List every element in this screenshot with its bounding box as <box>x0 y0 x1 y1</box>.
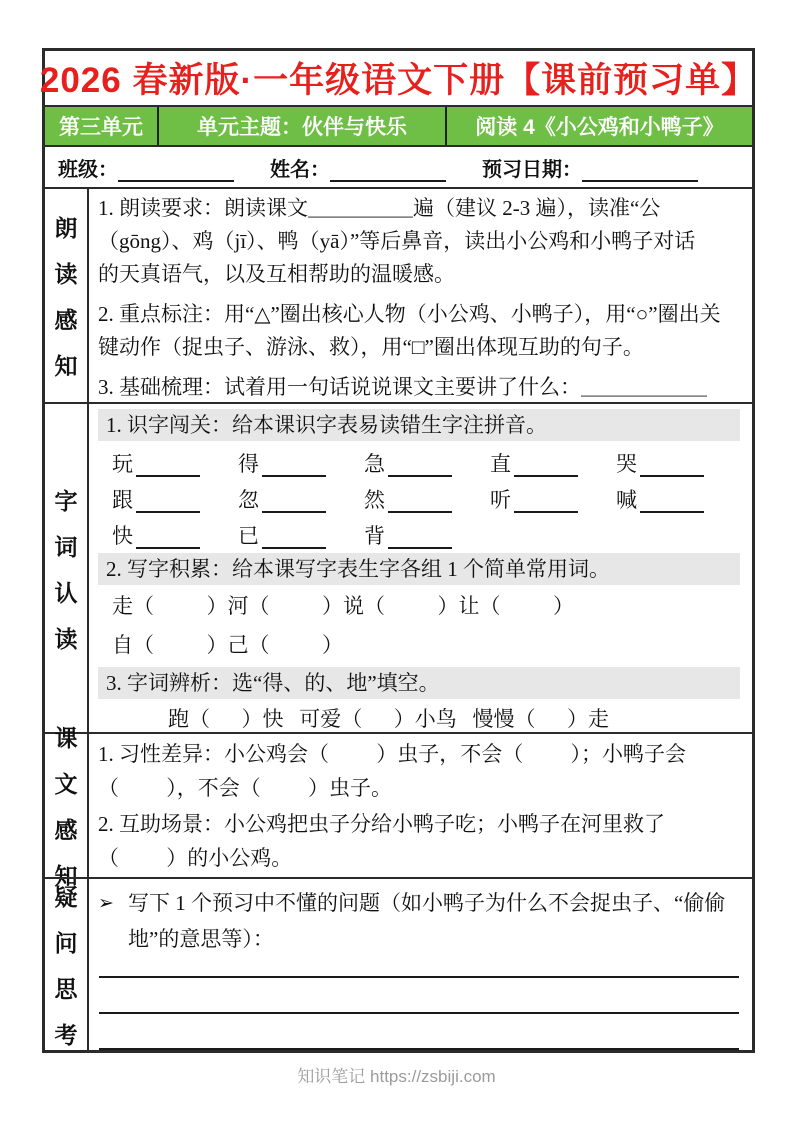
character: 直 <box>490 449 511 479</box>
pinyin-cell: 听 <box>490 479 616 515</box>
unit-number: 第三单元 <box>45 107 157 145</box>
pinyin-cell: 跟 <box>112 479 238 515</box>
text-item-2: 2. 互助场景：小公鸡把虫子分给小鸭子吃；小鸭子在河里救了 （ ）的小公鸡。 <box>98 807 742 875</box>
pinyin-row-1: 玩 得 急 直 哭 <box>112 443 742 479</box>
name-field: 姓名： <box>270 153 446 182</box>
pinyin-blank <box>388 521 452 549</box>
section-label-char: 感 <box>55 302 78 335</box>
worksheet-page: 2026 春新版·一年级语文下册【课前预习单】 第三单元 单元主题：伙伴与快乐 … <box>0 0 793 1122</box>
section-words-content: 1. 识字闯关：给本课识字表易读错生字注拼音。 玩 得 急 直 哭 跟 忽 然 … <box>89 402 752 732</box>
section-label-question: 疑 问 思 考 <box>45 877 89 1050</box>
character: 背 <box>364 521 385 551</box>
pinyin-blank <box>640 485 704 513</box>
word-line-2: 自（ ）己（ ） <box>112 626 742 665</box>
task3-heading: 3. 字词辨析：选“得、的、地”填空。 <box>98 667 740 699</box>
character: 跟 <box>112 485 133 515</box>
name-label: 姓名： <box>270 153 330 182</box>
character: 玩 <box>112 449 133 479</box>
character: 然 <box>364 485 385 515</box>
class-label: 班级： <box>58 153 118 182</box>
section-label-char: 朗 <box>55 210 78 243</box>
section-label-char: 知 <box>55 348 78 381</box>
character: 快 <box>112 521 133 551</box>
section-label-char: 文 <box>55 766 78 799</box>
character: 急 <box>364 449 385 479</box>
section-label-char: 课 <box>55 720 78 753</box>
section-label-char: 感 <box>55 812 78 845</box>
section-label-char: 考 <box>55 1017 78 1050</box>
section-label-char: 思 <box>55 971 78 1004</box>
section-label-text: 课 文 感 知 <box>45 732 89 877</box>
pinyin-cell: 得 <box>238 443 364 479</box>
section-question-content: ➢ 写下 1 个预习中不懂的问题（如小鸭子为什么不会捉虫子、“偷偷 地”的意思等… <box>89 877 752 1050</box>
reading-item-1: 1. 朗读要求：朗读课文＿＿＿＿＿遍（建议 2-3 遍），读准“公 （gōng）… <box>98 192 742 291</box>
character: 喊 <box>616 485 637 515</box>
pinyin-row-2: 跟 忽 然 听 喊 <box>112 479 742 515</box>
date-field: 预习日期： <box>482 153 698 182</box>
answer-line <box>99 957 739 978</box>
pinyin-blank <box>388 485 452 513</box>
pinyin-blank <box>136 449 200 477</box>
section-label-reading: 朗 读 感 知 <box>45 187 89 402</box>
section-label-char: 问 <box>55 925 78 958</box>
character: 得 <box>238 449 259 479</box>
character: 已 <box>238 521 259 551</box>
section-label-char: 认 <box>55 575 78 608</box>
answer-line <box>99 978 739 1014</box>
question-prompt: 写下 1 个预习中不懂的问题（如小鸭子为什么不会捉虫子、“偷偷 地”的意思等）： <box>128 885 742 957</box>
task1-heading: 1. 识字闯关：给本课识字表易读错生字注拼音。 <box>98 409 740 441</box>
page-title: 2026 春新版·一年级语文下册【课前预习单】 <box>45 51 752 105</box>
task2-heading: 2. 写字积累：给本课写字表生字各组 1 个简单常用词。 <box>98 553 740 585</box>
pinyin-cell: 背 <box>364 515 490 551</box>
de-fill-line: 跑（ ）快 可爱（ ）小鸟 慢慢（ ）走 <box>168 701 742 732</box>
pinyin-blank <box>262 485 326 513</box>
pinyin-blank <box>640 449 704 477</box>
character: 忽 <box>238 485 259 515</box>
info-row: 班级： 姓名： 预习日期： <box>45 147 752 187</box>
pinyin-cell: 忽 <box>238 479 364 515</box>
pinyin-row-3: 快 已 背 <box>112 515 742 551</box>
worksheet-sheet: 2026 春新版·一年级语文下册【课前预习单】 第三单元 单元主题：伙伴与快乐 … <box>42 48 755 1053</box>
section-label-char: 读 <box>55 256 78 289</box>
section-label-char: 字 <box>55 483 78 516</box>
pinyin-blank <box>262 521 326 549</box>
pinyin-cell: 哭 <box>616 443 742 479</box>
section-label-char: 疑 <box>55 879 78 912</box>
pinyin-blank <box>514 485 578 513</box>
pinyin-cell: 玩 <box>112 443 238 479</box>
pinyin-cell: 直 <box>490 443 616 479</box>
name-blank <box>330 158 446 182</box>
unit-bar: 第三单元 单元主题：伙伴与快乐 阅读 4《小公鸡和小鸭子》 <box>45 105 752 147</box>
pinyin-blank <box>136 485 200 513</box>
section-reading-content: 1. 朗读要求：朗读课文＿＿＿＿＿遍（建议 2-3 遍），读准“公 （gōng）… <box>89 187 752 402</box>
section-label-char: 读 <box>55 621 78 654</box>
reading-item-3: 3. 基础梳理：试着用一句话说说课文主要讲了什么：＿＿＿＿＿＿ <box>98 371 742 402</box>
pinyin-cell: 喊 <box>616 479 742 515</box>
footer-credit: 知识笔记 https://zsbiji.com <box>0 1062 793 1087</box>
date-blank <box>582 158 698 182</box>
answer-line <box>99 1014 739 1050</box>
pinyin-blank <box>136 521 200 549</box>
word-line-1: 走（ ）河（ ）说（ ）让（ ） <box>112 587 742 626</box>
pinyin-blank <box>388 449 452 477</box>
class-field: 班级： <box>58 153 234 182</box>
character: 听 <box>490 485 511 515</box>
pinyin-cell: 快 <box>112 515 238 551</box>
text-item-1: 1. 习性差异：小公鸡会（ ）虫子，不会（ ）；小鸭子会 （ ），不会（ ）虫子… <box>98 737 742 805</box>
character: 哭 <box>616 449 637 479</box>
arrow-bullet-icon: ➢ <box>98 885 128 957</box>
pinyin-cell: 然 <box>364 479 490 515</box>
unit-theme: 单元主题：伙伴与快乐 <box>157 107 445 145</box>
section-text-content: 1. 习性差异：小公鸡会（ ）虫子，不会（ ）；小鸭子会 （ ），不会（ ）虫子… <box>89 732 752 877</box>
section-label-char: 词 <box>55 529 78 562</box>
pinyin-cell: 已 <box>238 515 364 551</box>
worksheet-table: 朗 读 感 知 1. 朗读要求：朗读课文＿＿＿＿＿遍（建议 2-3 遍），读准“… <box>45 187 752 1050</box>
pinyin-blank <box>262 449 326 477</box>
reading-item-2: 2. 重点标注：用“△”圈出核心人物（小公鸡、小鸭子），用“○”圈出关 键动作（… <box>98 298 742 364</box>
section-label-words: 字 词 认 读 <box>45 402 89 732</box>
pinyin-blank <box>514 449 578 477</box>
question-prompt-row: ➢ 写下 1 个预习中不懂的问题（如小鸭子为什么不会捉虫子、“偷偷 地”的意思等… <box>98 885 742 957</box>
unit-lesson: 阅读 4《小公鸡和小鸭子》 <box>445 107 752 145</box>
date-label: 预习日期： <box>482 153 582 182</box>
pinyin-cell: 急 <box>364 443 490 479</box>
class-blank <box>118 158 234 182</box>
